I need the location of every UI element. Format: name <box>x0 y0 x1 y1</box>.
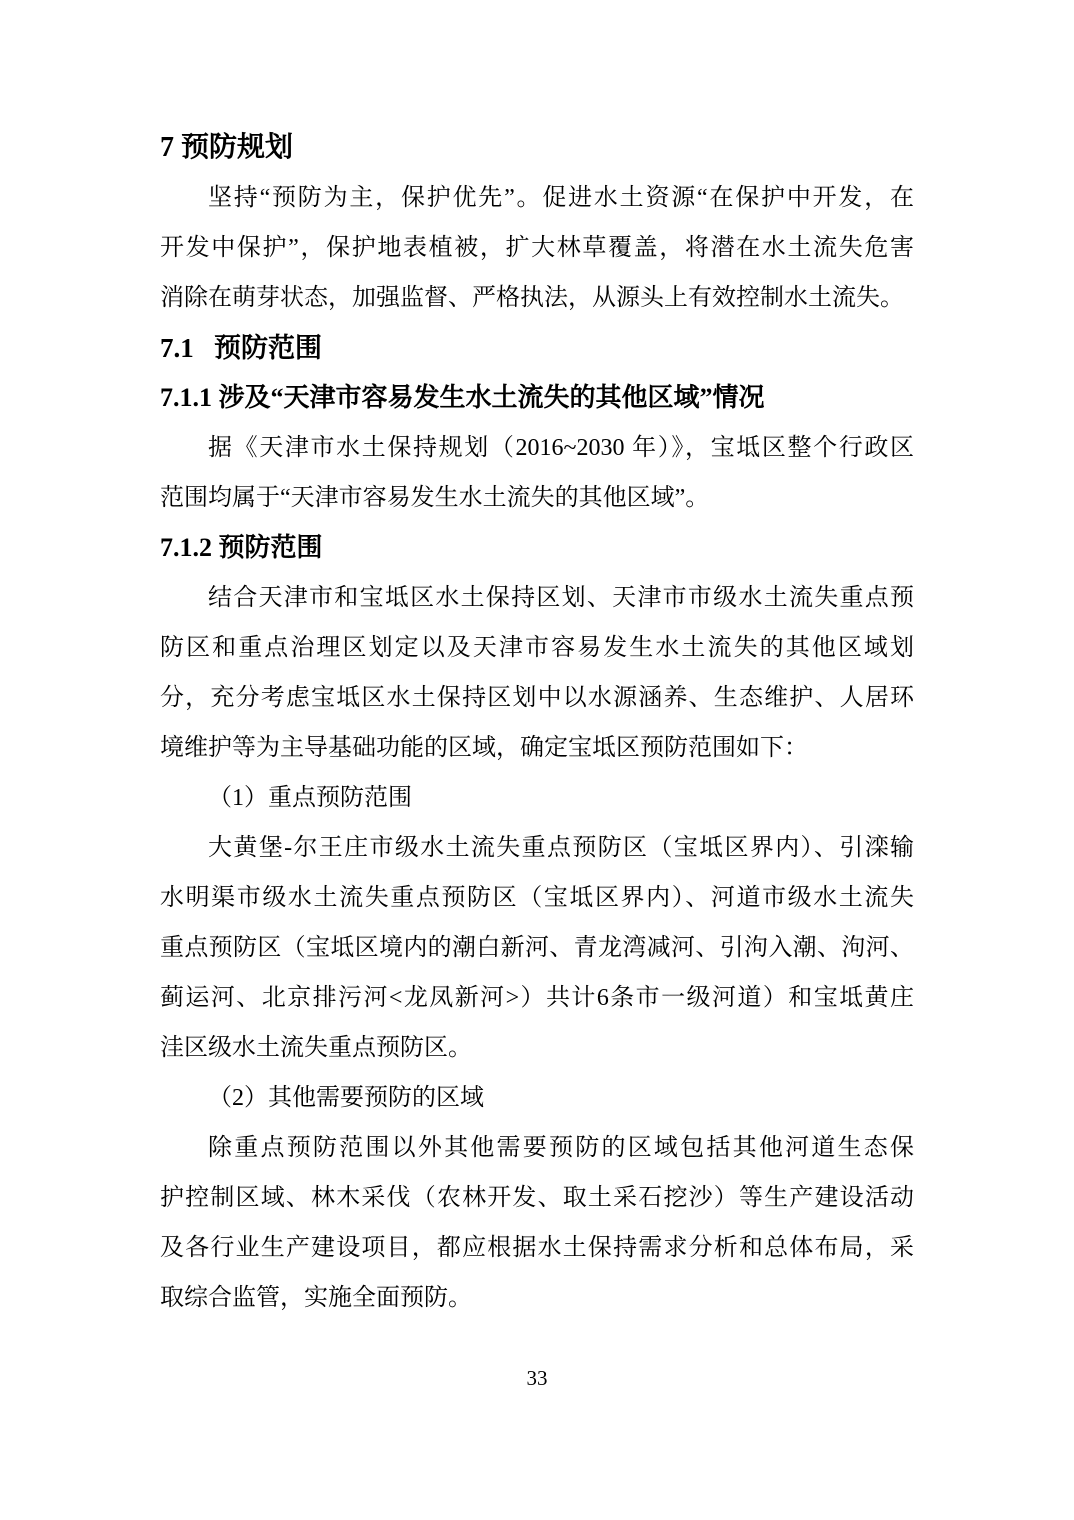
paragraph-prevention-overview: 坚持“预防为主，保护优先”。促进水土资源“在保护中开发，在开发中保护”，保护地表… <box>160 173 914 323</box>
list-item-2: （2）其他需要预防的区域 <box>160 1073 914 1123</box>
list-item-1: （1）重点预防范围 <box>160 773 914 823</box>
text-line: 取综合监管，实施全面预防。 <box>160 1273 914 1323</box>
text-line: 结合天津市和宝坻区水土保持区划、天津市市级水土流失重点预 <box>160 573 914 623</box>
text-line: 坚持“预防为主，保护优先”。促进水土资源“在保护中开发，在 <box>160 173 914 223</box>
text-line: 蓟运河、北京排污河<龙凤新河>）共计6条市一级河道）和宝坻黄庄 <box>160 973 914 1023</box>
text-line: 除重点预防范围以外其他需要预防的区域包括其他河道生态保 <box>160 1123 914 1173</box>
text-line: 防区和重点治理区划定以及天津市容易发生水土流失的其他区域划 <box>160 623 914 673</box>
heading-7: 7 预防规划 <box>160 123 914 173</box>
text-line: 范围均属于“天津市容易发生水土流失的其他区域”。 <box>160 473 914 523</box>
text-line: 大黄堡-尔王庄市级水土流失重点预防区（宝坻区界内）、引滦输 <box>160 823 914 873</box>
page-content: 7 预防规划坚持“预防为主，保护优先”。促进水土资源“在保护中开发，在开发中保护… <box>160 123 914 1323</box>
text-line: 护控制区域、林木采伐（农林开发、取土采石挖沙）等生产建设活动 <box>160 1173 914 1223</box>
page-number: 33 <box>0 1365 1074 1391</box>
heading-7-1-2: 7.1.2 预防范围 <box>160 523 914 573</box>
text-line: （2）其他需要预防的区域 <box>160 1073 914 1123</box>
text-line: 水明渠市级水土流失重点预防区（宝坻区界内）、河道市级水土流失 <box>160 873 914 923</box>
text-line: 开发中保护”，保护地表植被，扩大林草覆盖，将潜在水土流失危害 <box>160 223 914 273</box>
document-page: 7 预防规划坚持“预防为主，保护优先”。促进水土资源“在保护中开发，在开发中保护… <box>0 0 1074 1520</box>
text-line: （1）重点预防范围 <box>160 773 914 823</box>
text-line: 据《天津市水土保持规划（2016~2030 年）》，宝坻区整个行政区 <box>160 423 914 473</box>
text-line: 洼区级水土流失重点预防区。 <box>160 1023 914 1073</box>
paragraph-other-prevention-areas: 除重点预防范围以外其他需要预防的区域包括其他河道生态保护控制区域、林木采伐（农林… <box>160 1123 914 1323</box>
paragraph-7-1-1-body: 据《天津市水土保持规划（2016~2030 年）》，宝坻区整个行政区范围均属于“… <box>160 423 914 523</box>
text-line: 分，充分考虑宝坻区水土保持区划中以水源涵养、生态维护、人居环 <box>160 673 914 723</box>
heading-7-1-1: 7.1.1 涉及“天津市容易发生水土流失的其他区域”情况 <box>160 373 914 423</box>
heading-7-1: 7.1 预防范围 <box>160 323 914 373</box>
text-line: 重点预防区（宝坻区境内的潮白新河、青龙湾减河、引泃入潮、泃河、 <box>160 923 914 973</box>
text-line: 及各行业生产建设项目，都应根据水土保持需求分析和总体布局，采 <box>160 1223 914 1273</box>
paragraph-7-1-2-body: 结合天津市和宝坻区水土保持区划、天津市市级水土流失重点预防区和重点治理区划定以及… <box>160 573 914 773</box>
text-line: 境维护等为主导基础功能的区域，确定宝坻区预防范围如下： <box>160 723 914 773</box>
text-line: 消除在萌芽状态，加强监督、严格执法，从源头上有效控制水土流失。 <box>160 273 914 323</box>
paragraph-key-prevention-scope: 大黄堡-尔王庄市级水土流失重点预防区（宝坻区界内）、引滦输水明渠市级水土流失重点… <box>160 823 914 1073</box>
